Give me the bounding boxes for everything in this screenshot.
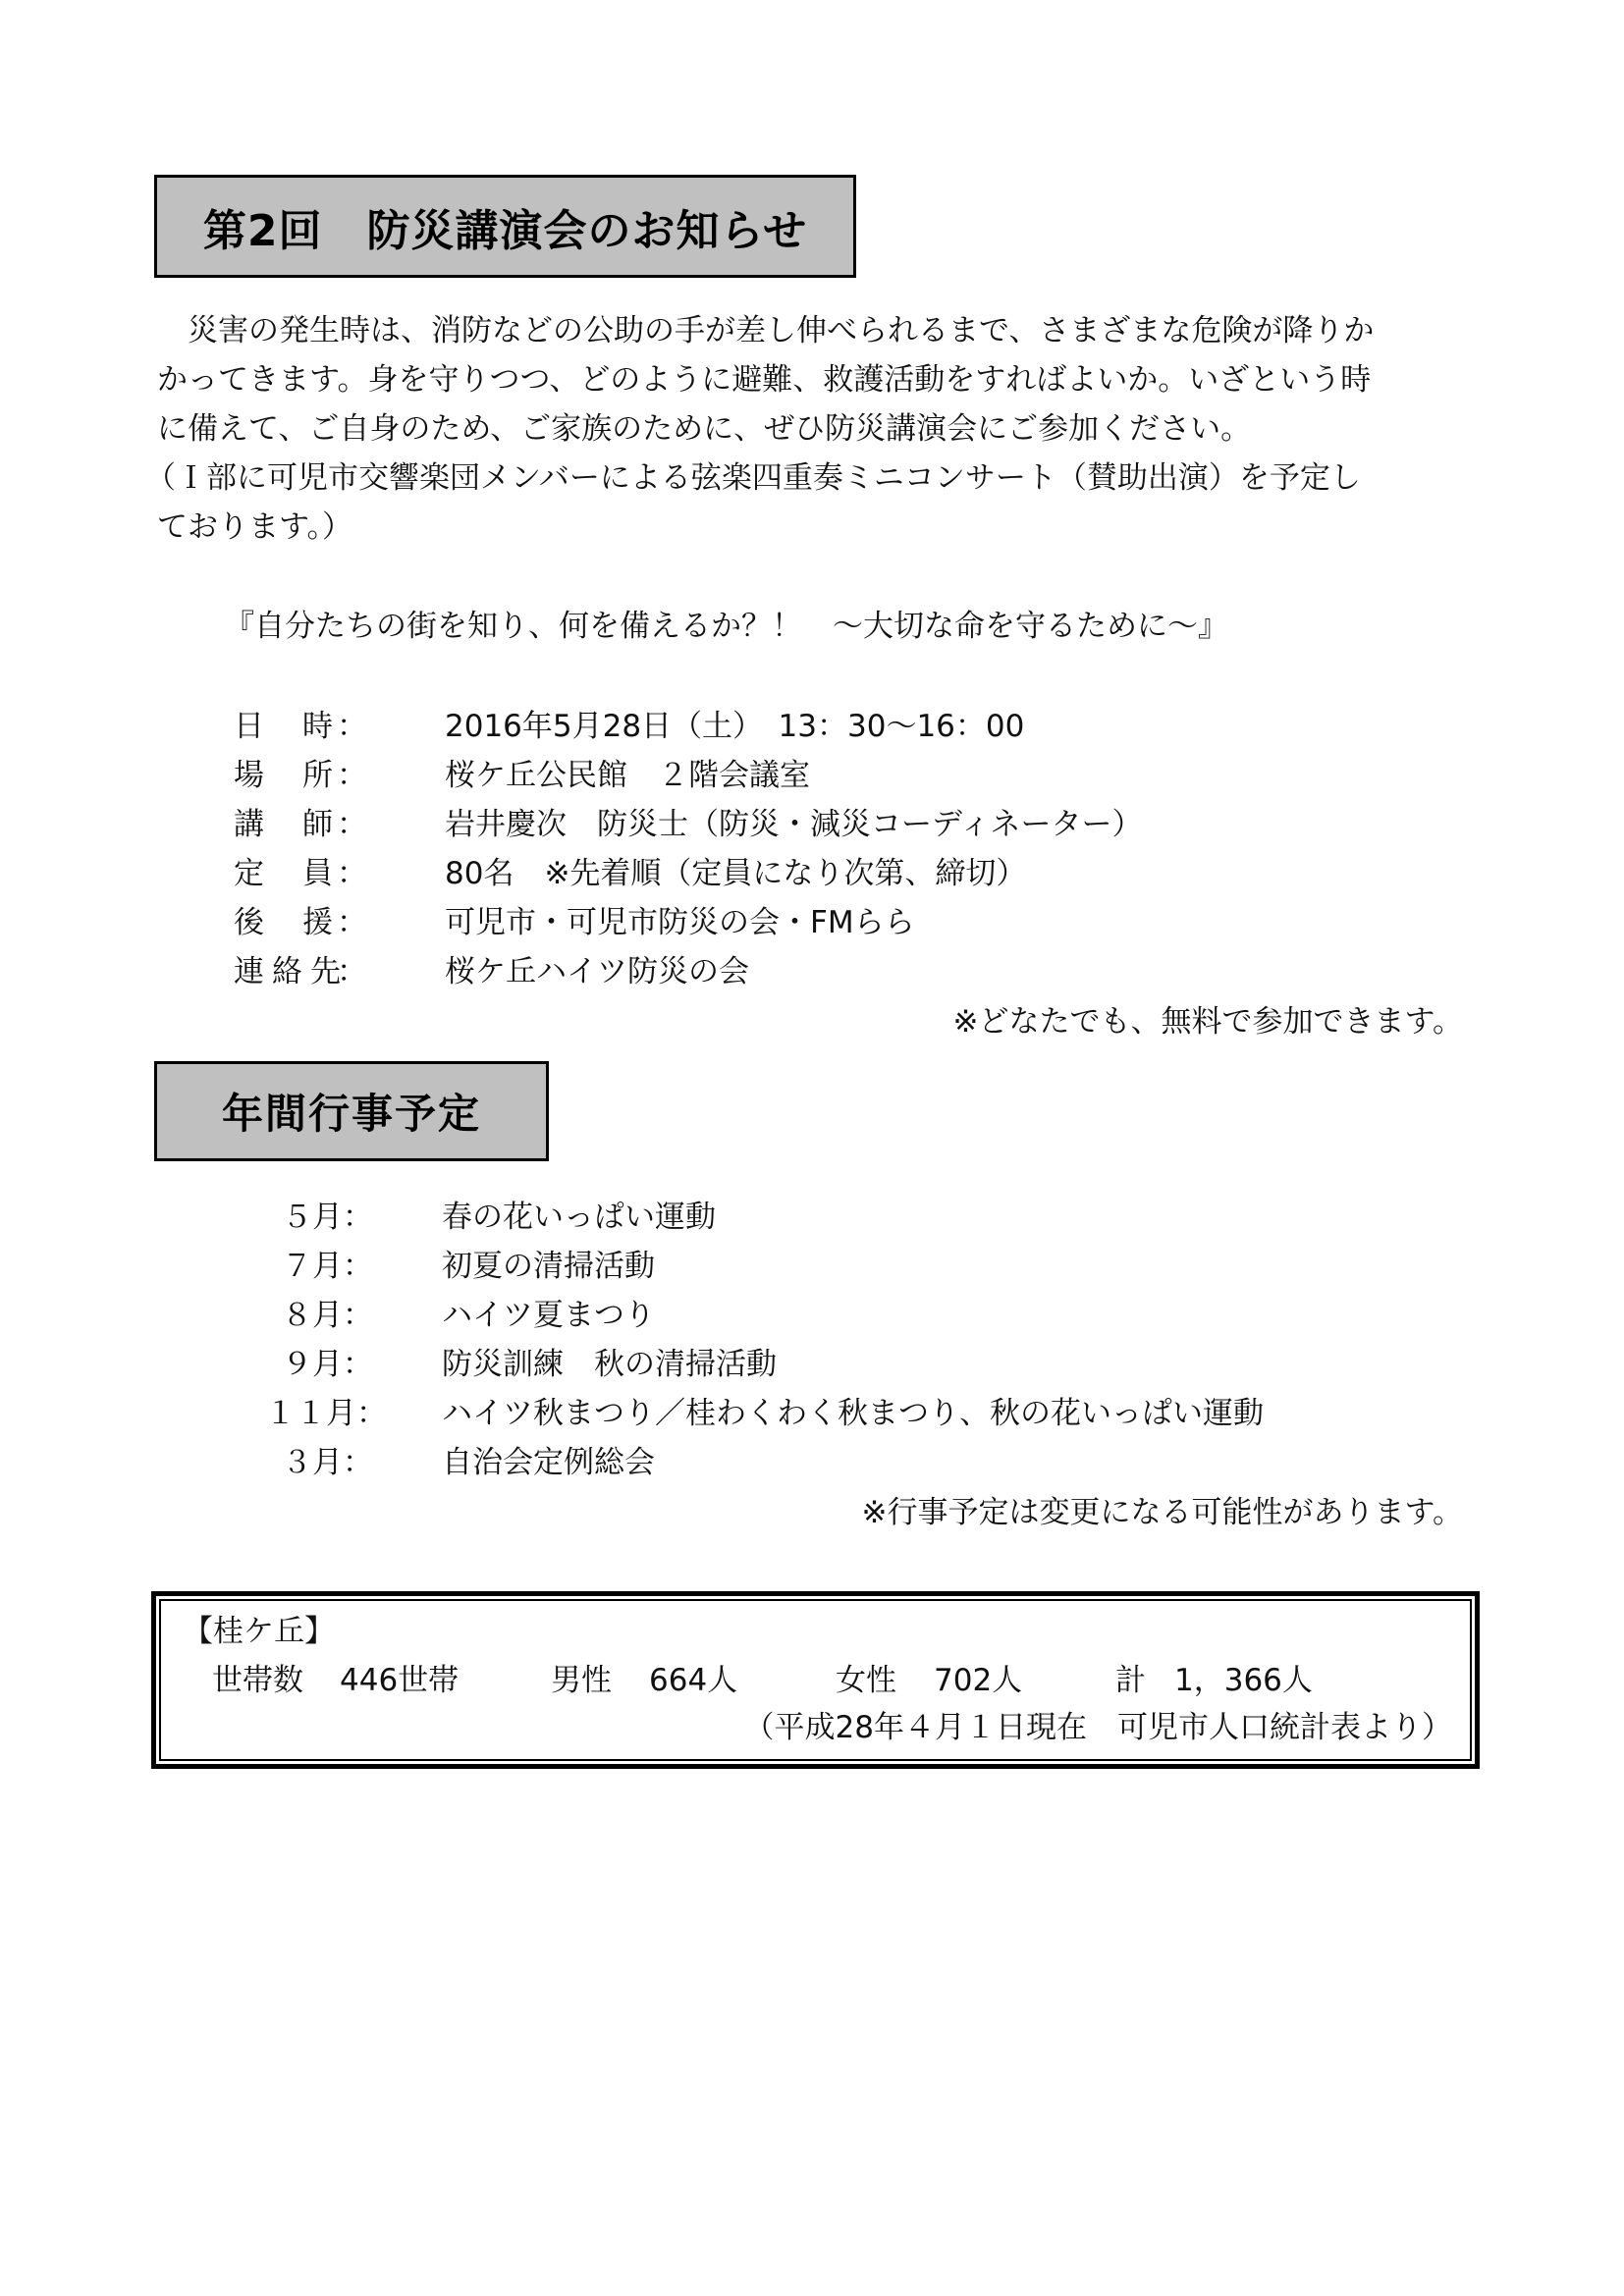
detail-label: 定 員 ： xyxy=(234,849,445,898)
male-value: 664人 xyxy=(649,1656,836,1705)
detail-row-capacity: 定 員 ： 80名 ※先着順（定員になり次第、締切） xyxy=(234,849,1143,898)
list-item: ３月： 自治会定例総会 xyxy=(265,1438,1264,1487)
population-stats: 世帯数 446世帯 男性 664人 女性 702人 計 1，366人 xyxy=(212,1656,1313,1705)
detail-value: 桜ケ丘ハイツ防災の会 xyxy=(445,947,749,996)
list-item: ８月： ハイツ夏まつり xyxy=(265,1291,1264,1340)
households-label: 世帯数 xyxy=(212,1656,340,1705)
detail-row-venue: 場 所 ： 桜ケ丘公民館 ２階会議室 xyxy=(234,751,1143,800)
detail-label: 日 時 ： xyxy=(234,702,445,751)
event-month: １１月： xyxy=(265,1389,442,1438)
free-admission-note: ※どなたでも、無料で参加できます。 xyxy=(953,996,1464,1041)
lecture-theme: 『自分たちの街を知り、何を備えるか？！ ～大切な命を守るために～』 xyxy=(224,601,1228,645)
event-month: ９月： xyxy=(265,1340,442,1389)
event-month: ８月： xyxy=(265,1291,442,1340)
detail-value: 80名 ※先着順（定員になり次第、締切） xyxy=(445,849,1026,898)
female-value: 702人 xyxy=(934,1656,1115,1705)
paragraph-line: かってきます。身を守りつつ、どのように避難、救護活動をすればよいか。いざという時 xyxy=(157,355,1492,404)
detail-label: 場 所 ： xyxy=(234,751,445,800)
list-item: ７月： 初夏の清掃活動 xyxy=(265,1242,1264,1291)
population-source: （平成28年４月１日現在 可児市人口統計表より） xyxy=(744,1703,1452,1752)
schedule-heading-box: 年間行事予定 xyxy=(154,1061,549,1161)
event-name: ハイツ夏まつり xyxy=(442,1291,655,1340)
event-list: ５月： 春の花いっぱい運動 ７月： 初夏の清掃活動 ８月： ハイツ夏まつり ９月… xyxy=(265,1193,1264,1487)
population-box-inner: 【桂ケ丘】 世帯数 446世帯 男性 664人 女性 702人 計 1，366人… xyxy=(159,1599,1472,1761)
male-label: 男性 xyxy=(551,1656,649,1705)
event-month: ３月： xyxy=(265,1438,442,1487)
schedule-change-note: ※行事予定は変更になる可能性があります。 xyxy=(862,1487,1464,1531)
event-name: 春の花いっぱい運動 xyxy=(442,1193,716,1242)
households-value: 446世帯 xyxy=(340,1656,551,1705)
detail-value: 2016年5月28日（土） 13：30～16：00 xyxy=(445,702,1024,751)
population-area: 【桂ケ丘】 xyxy=(183,1607,335,1656)
event-name: 自治会定例総会 xyxy=(442,1438,655,1487)
total-value: 1，366人 xyxy=(1174,1656,1313,1705)
list-item: ５月： 春の花いっぱい運動 xyxy=(265,1193,1264,1242)
schedule-heading: 年間行事予定 xyxy=(222,1082,481,1141)
paragraph-line: （Ｉ部に可児市交響楽団メンバーによる弦楽四重奏ミニコンサート（賛助出演）を予定し xyxy=(145,454,1492,503)
detail-row-speaker: 講 師 ： 岩井慶次 防災士（防災・減災コーディネーター） xyxy=(234,800,1143,849)
detail-value: 桜ケ丘公民館 ２階会議室 xyxy=(445,751,810,800)
paragraph-line: ております。） xyxy=(157,503,1492,552)
list-item: ９月： 防災訓練 秋の清掃活動 xyxy=(265,1340,1264,1389)
detail-label: 講 師 ： xyxy=(234,800,445,849)
detail-value: 岩井慶次 防災士（防災・減災コーディネーター） xyxy=(445,800,1143,849)
detail-row-sponsor: 後 援 ： 可児市・可児市防災の会・FMらら xyxy=(234,898,1143,947)
lecture-heading: 第2回 防災講演会のお知らせ xyxy=(203,195,807,258)
list-item: １１月： ハイツ秋まつり／桂わくわく秋まつり、秋の花いっぱい運動 xyxy=(265,1389,1264,1438)
lecture-heading-box: 第2回 防災講演会のお知らせ xyxy=(154,175,856,278)
event-name: ハイツ秋まつり／桂わくわく秋まつり、秋の花いっぱい運動 xyxy=(442,1389,1264,1438)
lecture-details: 日 時 ： 2016年5月28日（土） 13：30～16：00 場 所 ： 桜ケ… xyxy=(234,702,1143,996)
event-name: 防災訓練 秋の清掃活動 xyxy=(442,1340,777,1389)
detail-row-contact: 連 絡 先 ： 桜ケ丘ハイツ防災の会 xyxy=(234,947,1143,996)
female-label: 女性 xyxy=(836,1656,934,1705)
event-month: ７月： xyxy=(265,1242,442,1291)
detail-label: 連 絡 先 ： xyxy=(234,947,445,996)
detail-label: 後 援 ： xyxy=(234,898,445,947)
detail-value: 可児市・可児市防災の会・FMらら xyxy=(445,898,915,947)
paragraph-line: 災害の発生時は、消防などの公助の手が差し伸べられるまで、さまざまな危険が降りか xyxy=(157,306,1492,355)
total-label: 計 xyxy=(1115,1656,1174,1705)
paragraph-line: に備えて、ご自身のため、ご家族のために、ぜひ防災講演会にご参加ください。 xyxy=(157,404,1492,454)
detail-row-datetime: 日 時 ： 2016年5月28日（土） 13：30～16：00 xyxy=(234,702,1143,751)
event-month: ５月： xyxy=(265,1193,442,1242)
event-name: 初夏の清掃活動 xyxy=(442,1242,655,1291)
population-box: 【桂ケ丘】 世帯数 446世帯 男性 664人 女性 702人 計 1，366人… xyxy=(151,1591,1480,1769)
lecture-intro-paragraph: 災害の発生時は、消防などの公助の手が差し伸べられるまで、さまざまな危険が降りか … xyxy=(157,306,1492,552)
